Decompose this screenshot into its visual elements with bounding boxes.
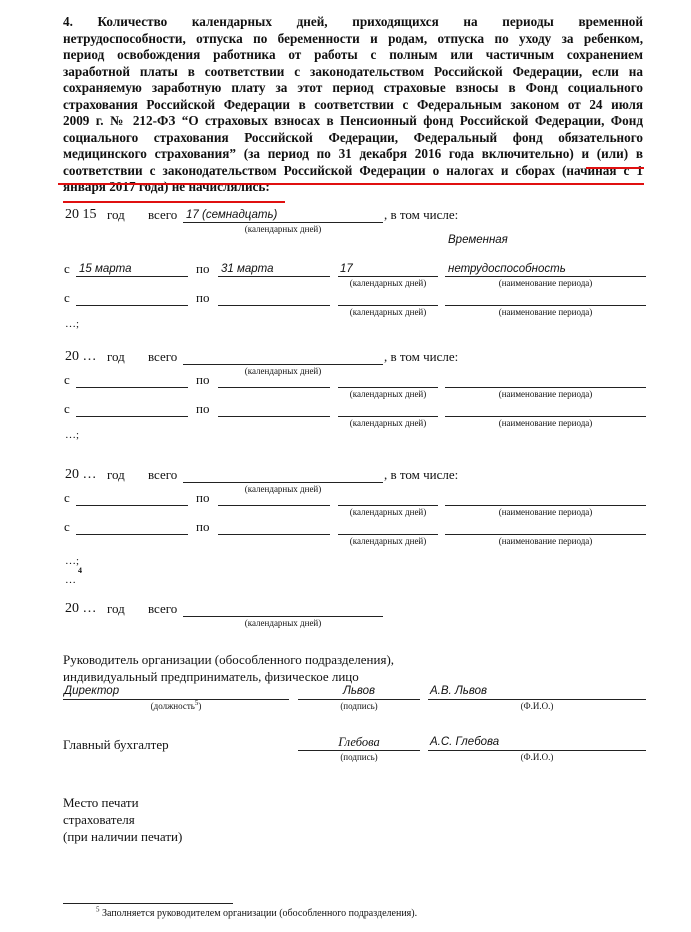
signature-caption: (подпись) (298, 701, 420, 711)
cal-days-caption: (календарных дней) (183, 618, 383, 628)
total-word: всего (148, 207, 177, 223)
cal-days-caption: (календарных дней) (338, 536, 438, 546)
head-signature-value[interactable]: Львов (298, 685, 420, 697)
paragraph-line: 2009 г. № 212-ФЗ “О страховых взносах в … (63, 113, 643, 130)
head-name-line (428, 699, 646, 700)
head-label: индивидуальный предприниматель, физическ… (63, 669, 359, 685)
ellipsis-semicolon: …; (65, 555, 79, 567)
period-name-caption: (наименование периода) (445, 278, 646, 288)
from-date-line (76, 305, 188, 306)
including-label: , в том числе: (384, 207, 458, 223)
days-line (338, 305, 438, 306)
seal-label: (при наличии печати) (63, 829, 182, 845)
cal-days-caption: (календарных дней) (183, 484, 383, 494)
ellipsis: … (65, 574, 76, 586)
paragraph-line: социального страхования Российской Федер… (63, 130, 643, 147)
to-date-line (218, 416, 330, 417)
name-caption: (Ф.И.О.) (428, 752, 646, 762)
including-label: , в том числе: (384, 349, 458, 365)
cal-days-caption: (календарных дней) (183, 366, 383, 376)
to-date-line (218, 276, 330, 277)
period-name-caption: (наименование периода) (445, 536, 646, 546)
paragraph-line: 4. Количество календарных дней, приходящ… (63, 14, 643, 31)
highlight-underline (63, 201, 285, 203)
from-label: с (64, 490, 70, 506)
to-label: по (196, 401, 209, 417)
total-days-line (183, 616, 383, 617)
to-date-line (218, 387, 330, 388)
year-label: 20 … (65, 601, 97, 617)
to-label: по (196, 290, 209, 306)
period-name-line (445, 276, 646, 277)
seal-label: Место печати (63, 795, 139, 811)
total-word: всего (148, 349, 177, 365)
footnote-ref-4: 4 (78, 566, 82, 575)
total-days-line (183, 222, 383, 223)
accountant-label: Главный бухгалтер (63, 737, 169, 753)
from-label: с (64, 372, 70, 388)
paragraph-line: период освобождения работника от работы … (63, 47, 643, 64)
cal-days-caption: (календарных дней) (338, 278, 438, 288)
total-days-line (183, 364, 383, 365)
ellipsis-semicolon: …; (65, 429, 79, 441)
period-name-caption: (наименование периода) (445, 389, 646, 399)
including-label: , в том числе: (384, 467, 458, 483)
footnote-separator (63, 903, 233, 904)
to-date-line (218, 534, 330, 535)
period-name-line (445, 305, 646, 306)
highlight-underline (586, 167, 644, 169)
name-caption: (Ф.И.О.) (428, 701, 646, 711)
year-word: год (107, 467, 125, 483)
cal-days-caption: (календарных дней) (183, 224, 383, 234)
paragraph-line: сохраняемую заработную плату за этот пер… (63, 80, 643, 97)
accountant-name-value[interactable]: А.С. Глебова (430, 736, 499, 748)
period-name-line (445, 387, 646, 388)
period-name-value[interactable]: нетрудоспособность (448, 263, 566, 275)
accountant-signature-line (298, 750, 420, 751)
paragraph-line: нетрудоспособности, отпуска по беременно… (63, 31, 643, 48)
head-position-line (63, 699, 289, 700)
to-label: по (196, 261, 209, 277)
total-word: всего (148, 601, 177, 617)
days-value[interactable]: 17 (340, 263, 353, 275)
to-label: по (196, 519, 209, 535)
from-label: с (64, 290, 70, 306)
period-name-line (445, 416, 646, 417)
head-label: Руководитель организации (обособленного … (63, 652, 394, 668)
signature-caption: (подпись) (298, 752, 420, 762)
accountant-signature-value[interactable]: Глебова (298, 735, 420, 750)
year-word: год (107, 601, 125, 617)
period-name-caption: (наименование периода) (445, 507, 646, 517)
from-date-line (76, 276, 188, 277)
year-word: год (107, 349, 125, 365)
to-date-line (218, 505, 330, 506)
total-word: всего (148, 467, 177, 483)
period-name-line (445, 534, 646, 535)
from-date-line (76, 416, 188, 417)
to-label: по (196, 372, 209, 388)
from-date-value[interactable]: 15 марта (79, 263, 132, 275)
cal-days-caption: (календарных дней) (338, 307, 438, 317)
period-name-caption: (наименование периода) (445, 307, 646, 317)
days-line (338, 505, 438, 506)
cal-days-caption: (календарных дней) (338, 389, 438, 399)
from-date-line (76, 387, 188, 388)
total-days-line (183, 482, 383, 483)
paragraph-line: января 2017 года) не начислялись: (63, 179, 643, 196)
year-label: 20 15 (65, 207, 97, 223)
paragraph-line: страхования Российской Федерации в соотв… (63, 97, 643, 114)
period-name-caption: (наименование периода) (445, 418, 646, 428)
paragraph-line: медицинского страхования” (за период по … (63, 146, 643, 163)
days-line (338, 387, 438, 388)
head-signature-line (298, 699, 420, 700)
section-4-paragraph: 4. Количество календарных дней, приходящ… (63, 14, 643, 196)
footnote-5: 5 Заполняется руководителем организации … (96, 908, 417, 919)
highlight-underline (58, 183, 644, 185)
paragraph-line: соответствии с законодательством Российс… (63, 163, 643, 180)
days-line (338, 534, 438, 535)
ellipsis-semicolon: …; (65, 318, 79, 330)
year-label: 20 … (65, 467, 97, 483)
period-name-value-line1[interactable]: Временная (448, 234, 508, 246)
seal-label: страхователя (63, 812, 135, 828)
year-label: 20 … (65, 349, 97, 365)
to-date-line (218, 305, 330, 306)
head-position-value[interactable]: Директор (64, 685, 119, 697)
to-label: по (196, 490, 209, 506)
from-date-line (76, 534, 188, 535)
from-label: с (64, 519, 70, 535)
position-caption: (должность5) (63, 701, 289, 711)
period-name-line (445, 505, 646, 506)
days-line (338, 276, 438, 277)
year-word: год (107, 207, 125, 223)
days-line (338, 416, 438, 417)
from-date-line (76, 505, 188, 506)
accountant-name-line (428, 750, 646, 751)
from-label: с (64, 261, 70, 277)
cal-days-caption: (календарных дней) (338, 418, 438, 428)
head-name-value[interactable]: А.В. Львов (430, 685, 487, 697)
total-days-value[interactable]: 17 (семнадцать) (186, 209, 277, 221)
from-label: с (64, 401, 70, 417)
paragraph-line: заработной платы в соответствии с законо… (63, 64, 643, 81)
cal-days-caption: (календарных дней) (338, 507, 438, 517)
to-date-value[interactable]: 31 марта (221, 263, 274, 275)
